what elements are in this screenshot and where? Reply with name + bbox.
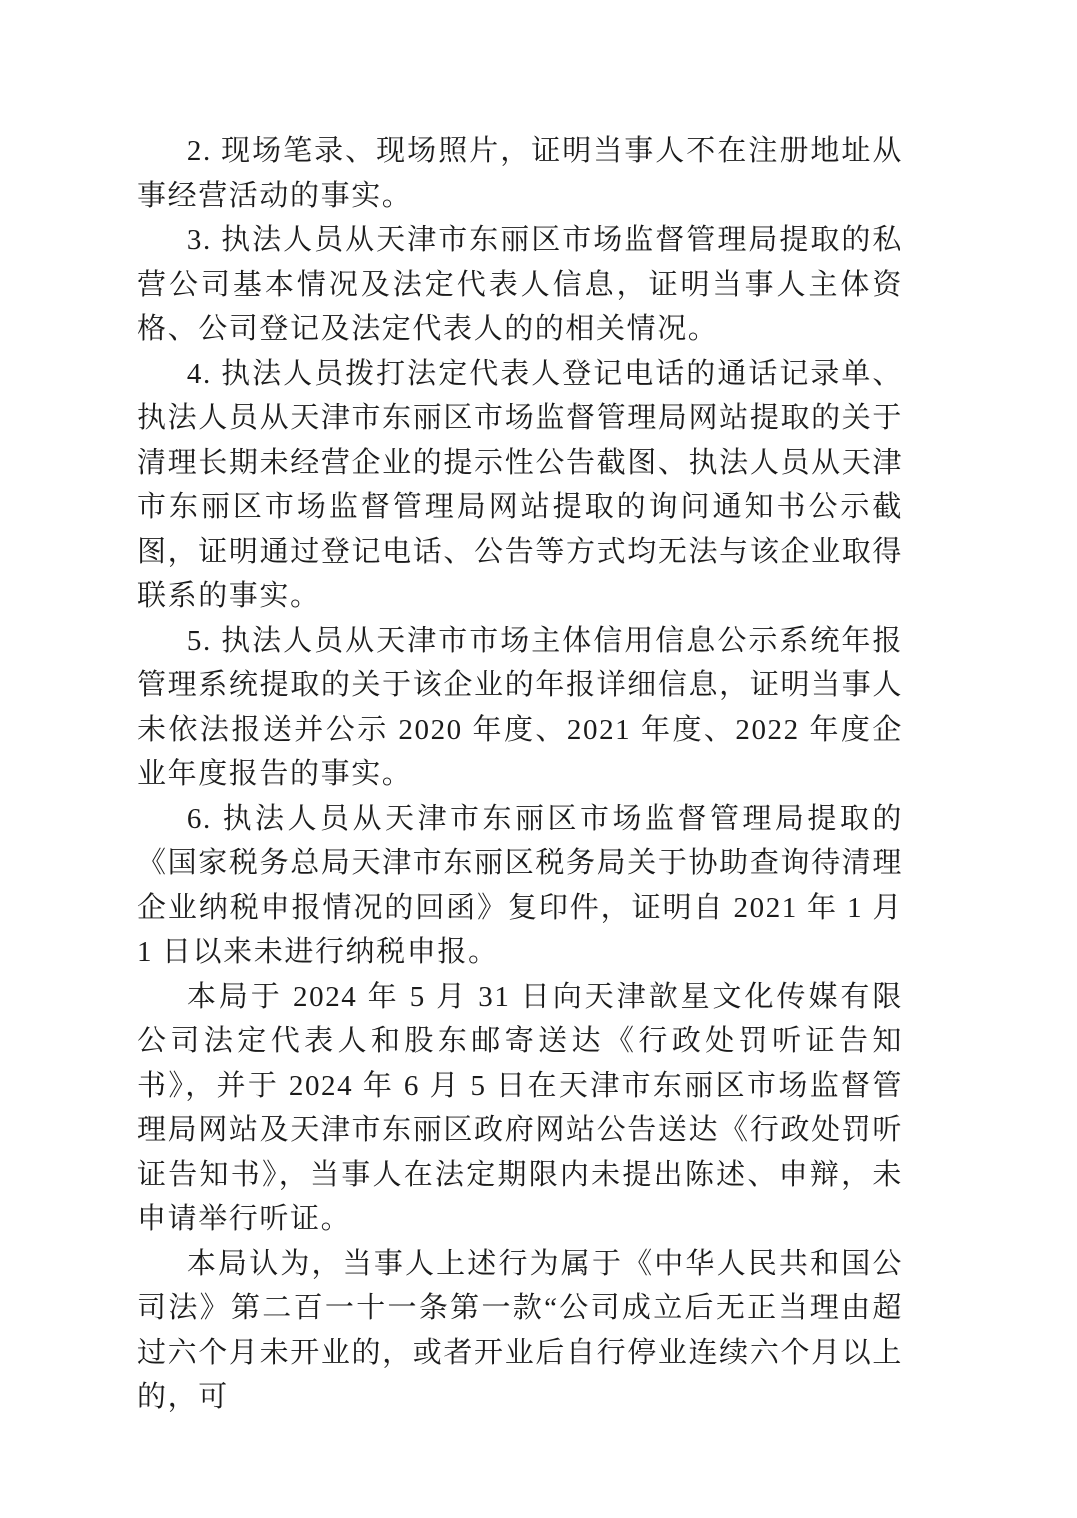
document-page: 2. 现场笔录、现场照片，证明当事人不在注册地址从事经营活动的事实。 3. 执法… bbox=[0, 0, 1077, 1518]
evidence-item-5-paragraph: 5. 执法人员从天津市市场主体信用信息公示系统年报管理系统提取的关于该企业的年报… bbox=[137, 619, 903, 797]
evidence-item-6-paragraph: 6. 执法人员从天津市东丽区市场监督管理局提取的《国家税务总局天津市东丽区税务局… bbox=[137, 797, 903, 975]
evidence-item-3-paragraph: 3. 执法人员从天津市东丽区市场监督管理局提取的私营公司基本情况及法定代表人信息… bbox=[137, 218, 903, 352]
evidence-item-4-paragraph: 4. 执法人员拨打法定代表人登记电话的通话记录单、执法人员从天津市东丽区市场监督… bbox=[137, 352, 903, 619]
bureau-opinion-paragraph: 本局认为，当事人上述行为属于《中华人民共和国公司法》第二百一十一条第一款“公司成… bbox=[137, 1242, 903, 1420]
hearing-notice-service-paragraph: 本局于 2024 年 5 月 31 日向天津歆星文化传媒有限公司法定代表人和股东… bbox=[137, 975, 903, 1242]
evidence-item-2-paragraph: 2. 现场笔录、现场照片，证明当事人不在注册地址从事经营活动的事实。 bbox=[137, 129, 903, 218]
document-text-block: 2. 现场笔录、现场照片，证明当事人不在注册地址从事经营活动的事实。 3. 执法… bbox=[137, 129, 903, 1420]
